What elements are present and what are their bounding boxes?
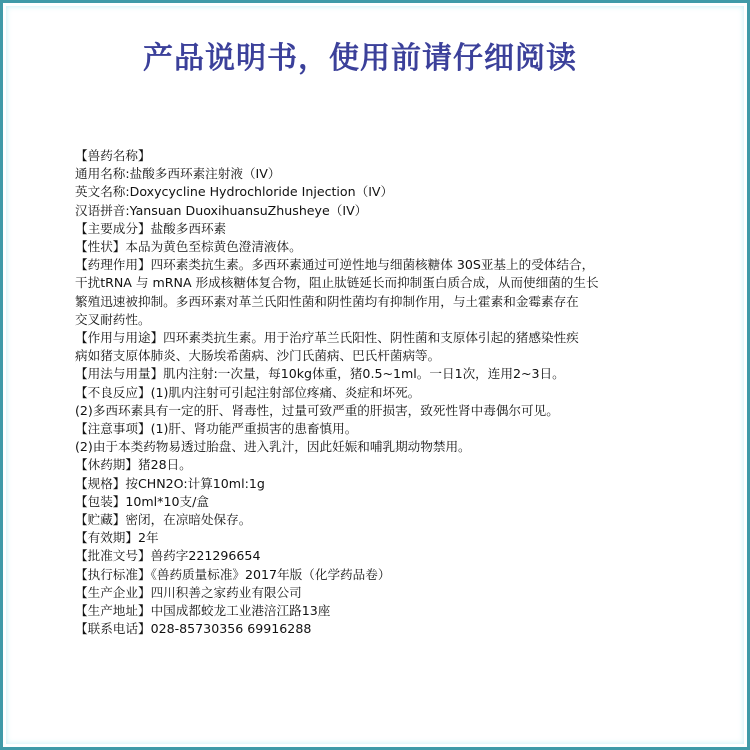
- specification: 【规格】按CHN2O:计算10ml:1g: [75, 475, 675, 493]
- packaging: 【包装】10ml*10支/盒: [75, 493, 675, 511]
- shelf-life: 【有效期】2年: [75, 529, 675, 547]
- execution-standard: 【执行标准】《兽药质量标准》2017年版（化学药品卷）: [75, 566, 675, 584]
- instruction-body: 【兽药名称】 通用名称:盐酸多西环素注射液（IV） 英文名称:Doxycycli…: [75, 147, 675, 638]
- adverse-reactions-1: 【不良反应】(1)肌内注射可引起注射部位疼痛、炎症和坏死。: [75, 384, 675, 402]
- manufacturer: 【生产企业】四川积善之家药业有限公司: [75, 584, 675, 602]
- pharmacology-line-3: 繁殖迅速被抑制。多西环素对革兰氏阳性菌和阴性菌均有抑制作用，与土霍素和金霉素存在: [75, 293, 675, 311]
- indications-line-2: 病如猪支原体肺炎、大肠埃希菌病、沙门氏菌病、巴氏杆菌病等。: [75, 347, 675, 365]
- english-name: 英文名称:Doxycycline Hydrochloride Injection…: [75, 183, 675, 201]
- pinyin-name: 汉语拼音:Yansuan DuoxihuansuZhusheye（IV）: [75, 202, 675, 220]
- contact-phone: 【联系电话】028-85730356 69916288: [75, 620, 675, 638]
- vet-name-header: 【兽药名称】: [75, 147, 675, 165]
- main-ingredients: 【主要成分】盐酸多西环素: [75, 220, 675, 238]
- appearance: 【性状】本品为黄色至棕黄色澄清液体。: [75, 238, 675, 256]
- page-frame: 产品说明书，使用前请仔细阅读 【兽药名称】 通用名称:盐酸多西环素注射液（IV）…: [0, 0, 750, 750]
- approval-number: 【批准文号】兽药字221296654: [75, 547, 675, 565]
- precautions-2: (2)由于本类药物易透过胎盘、进入乳汁，因此妊娠和哺乳期动物禁用。: [75, 438, 675, 456]
- precautions-1: 【注意事项】(1)肝、肾功能严重损害的患畜慎用。: [75, 420, 675, 438]
- pharmacology-line-4: 交叉耐药性。: [75, 311, 675, 329]
- production-address: 【生产地址】中国成都蛟龙工业港涪江路13座: [75, 602, 675, 620]
- dosage: 【用法与用量】肌内注射:一次量，每10kg体重，猪0.5~1ml。一日1次，连用…: [75, 365, 675, 383]
- generic-name: 通用名称:盐酸多西环素注射液（IV）: [75, 165, 675, 183]
- withdrawal-period: 【休药期】猪28日。: [75, 456, 675, 474]
- storage: 【贮藏】密闭，在凉暗处保存。: [75, 511, 675, 529]
- indications-line-1: 【作用与用途】四环素类抗生素。用于治疗革兰氏阳性、阴性菌和支原体引起的猪感染性疾: [75, 329, 675, 347]
- page-title: 产品说明书，使用前请仔细阅读: [3, 33, 747, 77]
- adverse-reactions-2: (2)多西环素具有一定的肝、肾毒性，过量可致严重的肝损害，致死性肾中毒偶尔可见。: [75, 402, 675, 420]
- pharmacology-line-2: 干扰tRNA 与 mRNA 形成核糖体复合物，阻止肽链延长而抑制蛋白质合成，从而…: [75, 274, 675, 292]
- pharmacology-line-1: 【药理作用】四环素类抗生素。多西环素通过可逆性地与细菌核糖体 30S亚基上的受体…: [75, 256, 675, 274]
